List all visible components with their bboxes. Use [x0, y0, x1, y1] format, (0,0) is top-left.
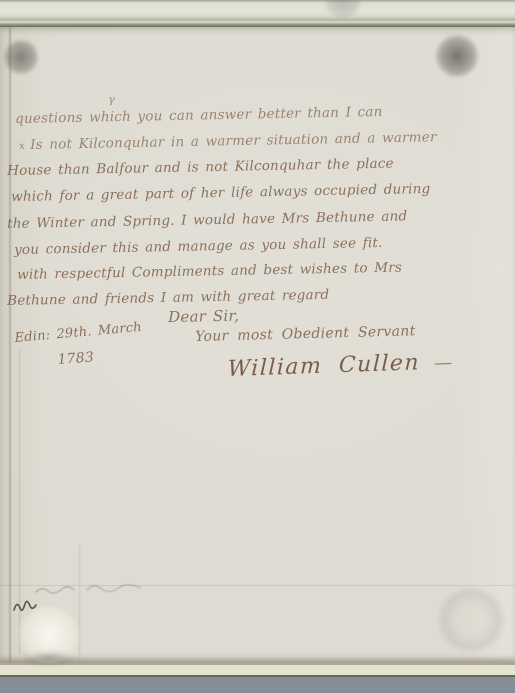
scan-weight-top-left	[3, 39, 39, 75]
salutation: Dear Sir,	[168, 307, 239, 326]
page-left-fold-line	[9, 27, 11, 663]
show-through-ghost-writing	[32, 578, 147, 602]
underlying-page-edge	[0, 0, 515, 27]
signature-flourish: —	[434, 352, 454, 374]
caret-mark: γ	[108, 93, 115, 106]
page-bottom-edge	[0, 663, 515, 677]
smudge-bottom-left	[22, 651, 76, 666]
insertion-mark: x	[19, 141, 25, 152]
vertical-crease	[79, 545, 80, 663]
manuscript-letter-scan: γ x questions which you can answer bette…	[0, 0, 515, 693]
smudge-bottom-right	[436, 588, 506, 652]
dateline-year: 1783	[57, 349, 94, 368]
scan-weight-top-right	[435, 34, 479, 78]
